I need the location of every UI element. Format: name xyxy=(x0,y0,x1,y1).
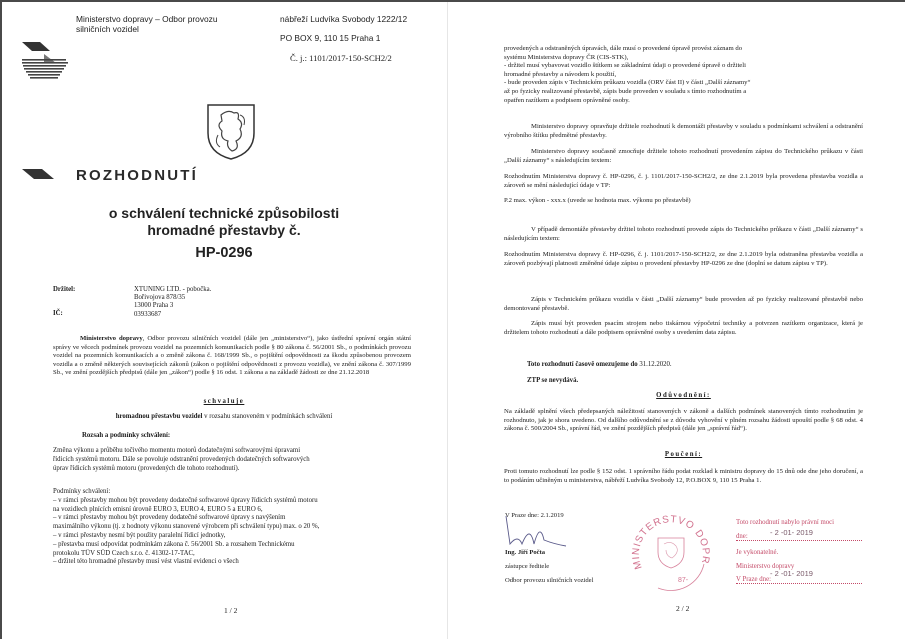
authorize-paragraph: Ministerstvo dopravy současně zmocňuje d… xyxy=(504,148,863,165)
validity-stamp-date2: V Praze dne: - 2 -01- 2019 xyxy=(736,576,862,584)
page-separator xyxy=(447,2,448,639)
dismantle-paragraph: Ministerstvo dopravy opravňuje držitele … xyxy=(504,123,863,140)
signatory-name: Ing. Jiří Počta xyxy=(505,549,545,556)
approval-number: HP-0296 xyxy=(2,245,446,262)
page-number: 1 / 2 xyxy=(224,606,237,615)
ministry-address: nábřeží Ludvíka Svobody 1222/12 xyxy=(280,14,407,24)
page-number-2: 2 / 2 xyxy=(676,604,689,613)
ic-label: IČ: xyxy=(53,310,63,317)
conditions-continuation: provedených a odstraněných úpravách, dál… xyxy=(504,45,754,105)
svg-text:87-: 87- xyxy=(678,577,689,584)
instruction-text: Proti tomuto rozhodnutí lze podle § 152 … xyxy=(504,468,863,485)
entry-p2: P.2 max. výkon - xxx.x (uvede se hodnota… xyxy=(504,197,863,206)
justification-heading: Odůvodnění: xyxy=(504,392,863,399)
time-limit: Toto rozhodnutí časově omezujeme do 31.1… xyxy=(527,361,672,368)
signatory-role: zástupce ředitele xyxy=(505,563,549,570)
dismantle-entry-paragraph: V případě demontáže přestavby držitel to… xyxy=(504,226,863,243)
entry-text-1: Rozhodnutím Ministerstva dopravy č. HP-0… xyxy=(504,173,863,190)
handwritten-signature-icon xyxy=(504,514,584,550)
tp-entry-paragraph: Zápis v Technickém průkazu vozidla v čás… xyxy=(504,296,863,313)
czech-coat-of-arms-icon xyxy=(206,103,256,161)
ministry-name: Ministerstvo dopravy – Odbor provozu sil… xyxy=(76,14,218,34)
validity-stamp-date1: dne: - 2 -01- 2019 xyxy=(736,533,862,541)
scope-heading: Rozsah a podmínky schválení: xyxy=(82,432,170,439)
entry-text-2: Rozhodnutím Ministerstva dopravy č. HP-0… xyxy=(504,251,863,268)
signatory-department: Odbor provozu silničních vozidel xyxy=(505,577,593,584)
entry-method-paragraph: Zápis musí být proveden psacím strojem n… xyxy=(504,320,863,337)
approves-line: hromadnou přestavbu vozidel v rozsahu st… xyxy=(2,413,446,420)
justification-text: Na základě splnění všech předepsaných ná… xyxy=(504,408,863,434)
svg-text:MINISTERSTVO DOPRAVY: MINISTERSTVO DOPRAVY xyxy=(628,508,711,571)
ministry-pobox: PO BOX 9, 110 15 Praha 1 xyxy=(280,33,380,43)
approves-heading: schvaluje xyxy=(2,398,446,405)
document-subtitle: o schválení technické způsobilosti hroma… xyxy=(2,205,446,239)
document-page-1: Ministerstvo dopravy – Odbor provozu sil… xyxy=(2,2,446,639)
instruction-heading: Poučení: xyxy=(504,451,863,458)
intro-paragraph: Ministerstvo dopravy, Odbor provozu siln… xyxy=(53,335,411,378)
holder-details: XTUNING LTD. - pobočka. Bořivojova 878/3… xyxy=(134,286,211,319)
validity-stamp-line1: Toto rozhodnutí nabylo právní moci xyxy=(736,519,834,526)
reference-number: Č. j.: 1101/2017-150-SCH2/2 xyxy=(290,53,392,63)
official-round-stamp-icon: MINISTERSTVO DOPRAVY 87- xyxy=(628,508,714,594)
ztp-note: ZTP se nevydává. xyxy=(527,377,578,384)
scope-text: Změna výkonu a průběhu točivého momentu … xyxy=(53,447,321,473)
validity-stamp-enforceable: Je vykonatelné. xyxy=(736,549,778,556)
conditions-block: Podmínky schválení: – v rámci přestavby … xyxy=(53,488,321,567)
ministry-logo-bar-icon xyxy=(20,168,60,180)
document-type: ROZHODNUTÍ xyxy=(76,167,198,184)
holder-label: Držitel: xyxy=(53,286,75,293)
ministry-logo-icon xyxy=(20,42,70,92)
